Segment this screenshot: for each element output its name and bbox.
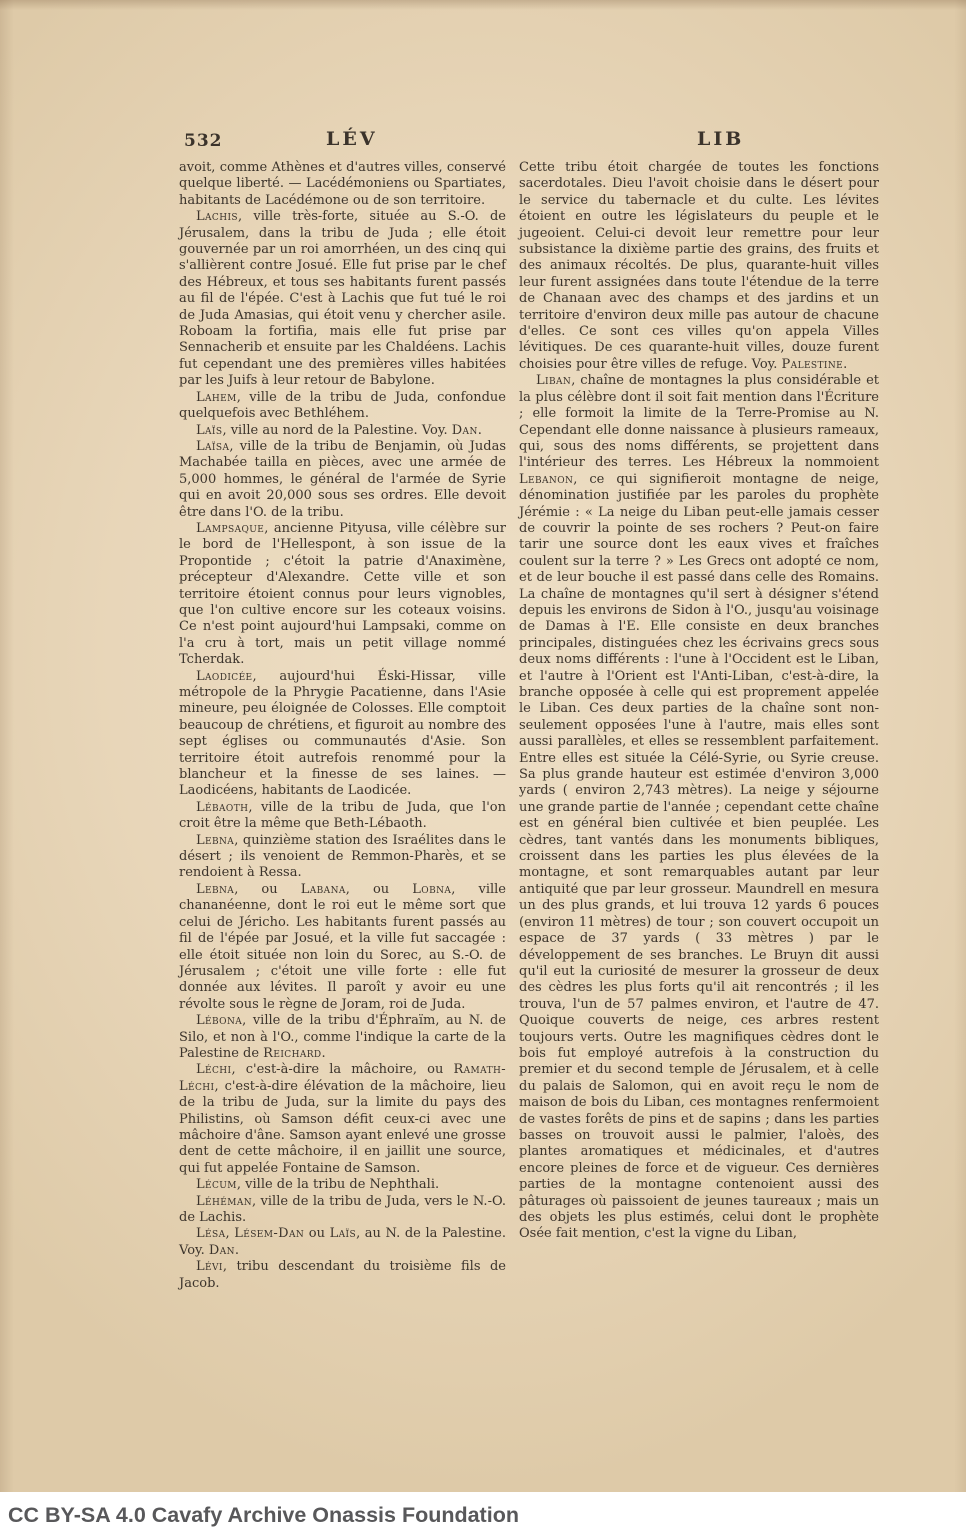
paragraph: Liban, chaîne de montagnes la plus consi… [519, 373, 879, 1243]
paragraph: Lampsaque, ancienne Pityusa, ville célèb… [179, 521, 506, 669]
paragraph: Laïs, ville au nord de la Palestine. Voy… [179, 423, 506, 439]
paragraph: Cette tribu étoit chargée de toutes les … [519, 160, 879, 373]
paragraph: Lebna, quinzième station des Israélites … [179, 833, 506, 882]
paragraph: avoit, comme Athènes et d'autres villes,… [179, 160, 506, 209]
license-caption-bar: CC BY-SA 4.0 Cavafy Archive Onassis Foun… [0, 1492, 966, 1539]
paragraph: Laïsa, ville de la tribu de Benjamin, où… [179, 439, 506, 521]
paragraph: Lachis, ville très-forte, située au S.-O… [179, 209, 506, 389]
paragraph: Lebna, ou Labana, ou Lobna, ville chanan… [179, 882, 506, 1013]
page-number: 532 [184, 131, 223, 151]
paragraph: Lahem, ville de la tribu de Juda, confon… [179, 390, 506, 423]
text-column-left: avoit, comme Athènes et d'autres villes,… [179, 160, 506, 1292]
paragraph: Lébaoth, ville de la tribu de Juda, que … [179, 800, 506, 833]
paragraph: Léchi, c'est-à-dire la mâchoire, ou Rama… [179, 1062, 506, 1177]
text-column-right: Cette tribu étoit chargée de toutes les … [519, 160, 879, 1243]
paragraph: Lésa, Lésem-Dan ou Laïs, au N. de la Pal… [179, 1226, 506, 1259]
license-caption: CC BY-SA 4.0 Cavafy Archive Onassis Foun… [8, 1503, 519, 1528]
running-head-right: LIB [697, 128, 744, 150]
paragraph: Laodicée, aujourd'hui Éski-Hissar, ville… [179, 669, 506, 800]
running-head-left: LÉV [326, 128, 378, 150]
page-header: 532 LÉV LIB [0, 128, 966, 158]
paragraph: Lébona, ville de la tribu d'Éphraïm, au … [179, 1013, 506, 1062]
book-page-scan: 532 LÉV LIB avoit, comme Athènes et d'au… [0, 0, 966, 1539]
paragraph: Lévi, tribu descendant du troisième fils… [179, 1259, 506, 1292]
paragraph: Lécum, ville de la tribu de Nephthali. [179, 1177, 506, 1193]
paragraph: Léhéman, ville de la tribu de Juda, vers… [179, 1194, 506, 1227]
